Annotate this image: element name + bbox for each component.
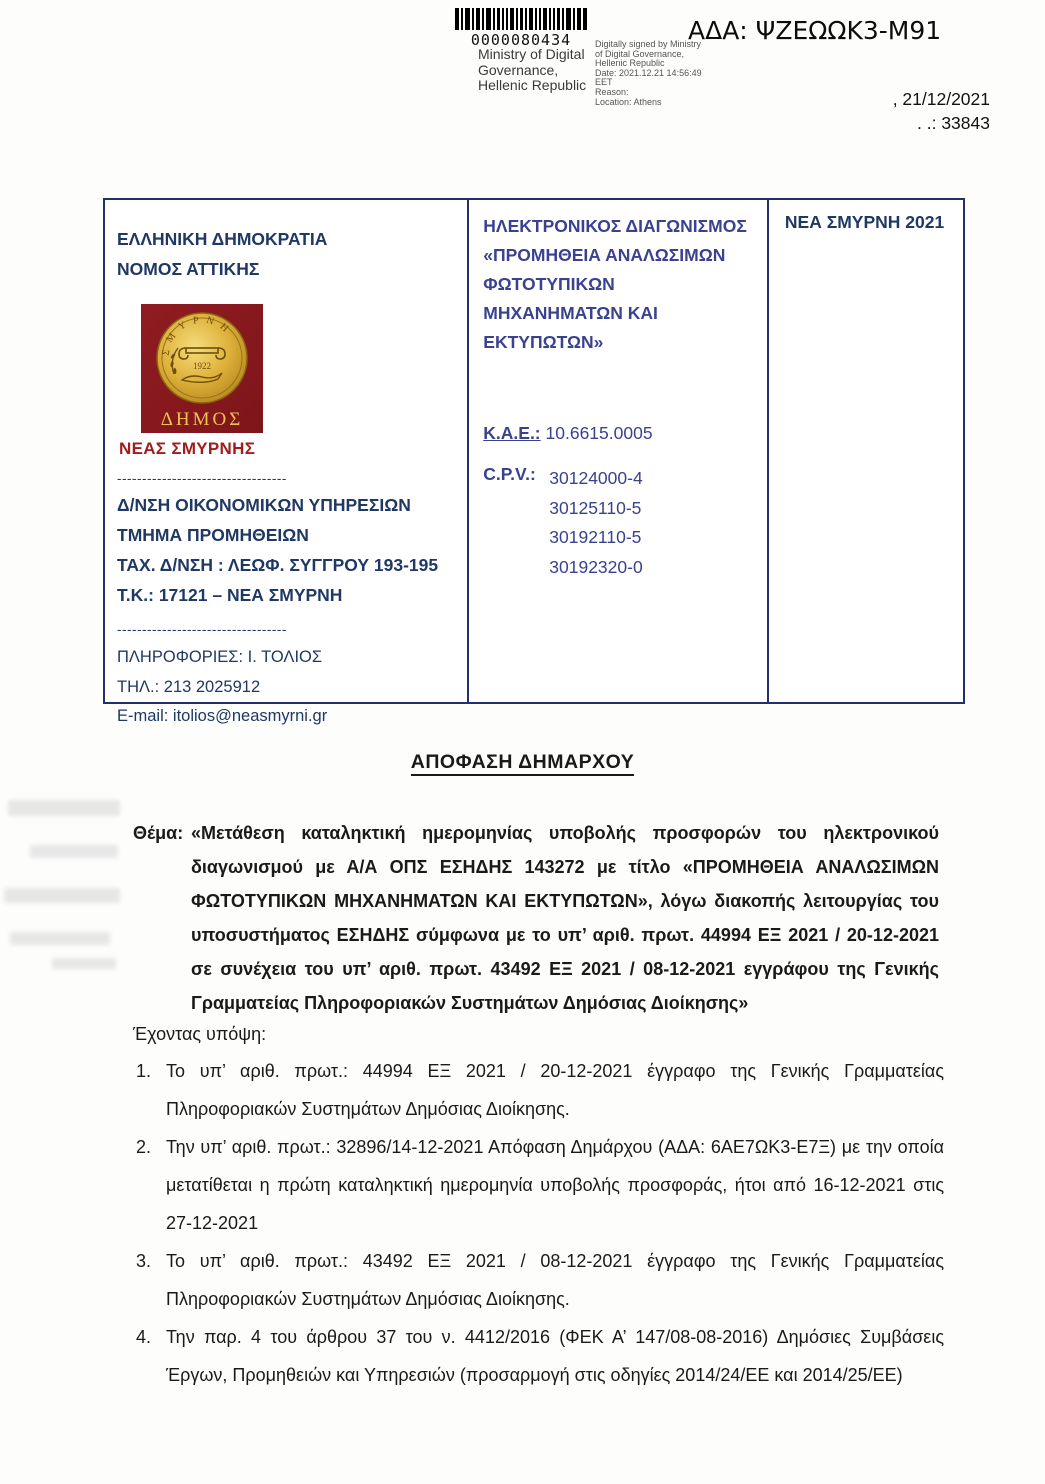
cpv-row: C.P.V.: 30124000-4 30125110-5 30192110-5… <box>483 464 753 582</box>
date-protocol-block: , 21/12/2021 . .: 33843 <box>893 87 990 135</box>
tender-column: ΗΛΕΚΤΡΟΝΙΚΟΣ ΔΙΑΓΩΝΙΣΜΟΣ «ΠΡΟΜΗΘΕΙΑ ΑΝΑΛ… <box>467 200 767 702</box>
list-item-number: 1. <box>136 1052 166 1128</box>
contact-phone: ΤΗΛ.: 213 2025912 <box>117 673 457 703</box>
header-info-table: ΕΛΛΗΝΙΚΗ ΔΗΜΟΚΡΑΤΙΑ ΝΟΜΟΣ ΑΤΤΙΚΗΣ <box>103 198 965 704</box>
list-item: 4. Την παρ. 4 του άρθρου 37 του ν. 4412/… <box>136 1318 944 1394</box>
tender-title-line: ΕΚΤΥΠΩΤΩΝ» <box>483 328 753 357</box>
kae-label: Κ.Α.Ε.: <box>483 423 540 443</box>
kae-value: 10.6615.0005 <box>546 423 653 443</box>
tender-title-line: ΦΩΤΟΤΥΠΙΚΩΝ <box>483 270 753 299</box>
list-item-text: Το υπ’ αριθ. πρωτ.: 43492 ΕΞ 2021 / 08-1… <box>166 1242 944 1318</box>
signature-line: Date: 2021.12.21 14:56:49 <box>595 69 775 79</box>
subject-label: Θέμα: <box>133 816 183 850</box>
signature-line: Location: Athens <box>595 98 775 108</box>
dashed-divider: ---------------------------------- <box>117 471 457 486</box>
tender-title-line: «ΠΡΟΜΗΘΕΙΑ ΑΝΑΛΩΣΙΜΩΝ <box>483 241 753 270</box>
dashed-divider: ---------------------------------- <box>117 622 457 637</box>
cpv-value: 30125110-5 <box>549 494 642 524</box>
list-item-number: 4. <box>136 1318 166 1394</box>
contact-email: E-mail: itolios@neasmyrni.gr <box>117 702 457 732</box>
barcode-block: 0000080434 <box>455 8 587 49</box>
place-year-column: ΝΕΑ ΣΜΥΡΝΗ 2021 <box>767 200 963 702</box>
subject-text: «Μετάθεση καταληκτική ημερομηνίας υποβολ… <box>133 816 939 1020</box>
ada-code: ΑΔΑ: ΨΖΕΩΩΚ3-Μ91 <box>688 16 941 45</box>
digital-signature-block: Digitally signed by Ministry of Digital … <box>595 40 775 107</box>
list-item: 1. Το υπ’ αριθ. πρωτ.: 44994 ΕΞ 2021 / 2… <box>136 1052 944 1128</box>
document-date: , 21/12/2021 <box>893 87 990 111</box>
authority-column: ΕΛΛΗΝΙΚΗ ΔΗΜΟΚΡΑΤΙΑ ΝΟΜΟΣ ΑΤΤΙΚΗΣ <box>105 200 467 702</box>
subject-block: Θέμα: «Μετάθεση καταληκτική ημερομηνίας … <box>133 816 939 1020</box>
cpv-value: 30192110-5 <box>549 523 642 553</box>
seal-year: 1922 <box>193 361 211 371</box>
authority-line: ΕΛΛΗΝΙΚΗ ΔΗΜΟΚΡΑΤΙΑ <box>117 224 457 254</box>
reference-list: 1. Το υπ’ αριθ. πρωτ.: 44994 ΕΞ 2021 / 2… <box>136 1052 944 1394</box>
kae-row: Κ.Α.Ε.: 10.6615.0005 <box>483 423 753 444</box>
list-item-text: Το υπ’ αριθ. πρωτ.: 44994 ΕΞ 2021 / 20-1… <box>166 1052 944 1128</box>
list-item: 3. Το υπ’ αριθ. πρωτ.: 43492 ΕΞ 2021 / 0… <box>136 1242 944 1318</box>
list-item: 2. Την υπ’ αριθ. πρωτ.: 32896/14-12-2021… <box>136 1128 944 1242</box>
list-item-text: Την παρ. 4 του άρθρου 37 του ν. 4412/201… <box>166 1318 944 1394</box>
cpv-value: 30192320-0 <box>549 553 642 583</box>
barcode-issuer-line: Ministry of Digital <box>478 47 586 63</box>
cpv-value: 30124000-4 <box>549 464 642 494</box>
bleed-through-artifact <box>10 932 110 945</box>
municipality-name: ΝΕΑΣ ΣΜΥΡΝΗΣ <box>119 439 457 459</box>
bleed-through-artifact <box>4 888 120 903</box>
barcode-issuer-line: Governance, <box>478 63 586 79</box>
protocol-number: . .: 33843 <box>893 111 990 135</box>
bleed-through-artifact <box>52 958 116 969</box>
seal-caption: ΔΗΜΟΣ <box>141 409 263 431</box>
department-line: Τ.Κ.: 17121 – ΝΕΑ ΣΜΥΡΝΗ <box>117 580 457 610</box>
department-line: ΤΜΗΜΑ ΠΡΟΜΗΘΕΙΩΝ <box>117 520 457 550</box>
list-item-number: 3. <box>136 1242 166 1318</box>
bleed-through-artifact <box>8 800 120 816</box>
municipality-seal: ΣΜΥΡΝΗ 1922 ΔΗΜΟΣ <box>141 304 263 433</box>
department-line: Δ/ΝΣΗ ΟΙΚΟΝΟΜΙΚΩΝ ΥΠΗΡΕΣΙΩΝ <box>117 490 457 520</box>
cpv-label: C.P.V.: <box>483 464 549 582</box>
department-line: ΤΑΧ. Δ/ΝΣΗ : ΛΕΩΦ. ΣΥΓΓΡΟΥ 193-195 <box>117 550 457 580</box>
coin-seal-icon: ΣΜΥΡΝΗ 1922 <box>156 312 248 404</box>
barcode-icon <box>455 8 587 30</box>
tender-title-line: ΜΗΧΑΝΗΜΑΤΩΝ ΚΑΙ <box>483 299 753 328</box>
barcode-issuer-line: Hellenic Republic <box>478 78 586 94</box>
document-page: 0000080434 Ministry of Digital Governanc… <box>0 0 1045 1484</box>
bleed-through-artifact <box>30 845 118 858</box>
authority-line: ΝΟΜΟΣ ΑΤΤΙΚΗΣ <box>117 254 457 284</box>
preamble: Έχοντας υπόψη: <box>133 1024 266 1045</box>
decision-title-wrap: ΑΠΟΦΑΣΗ ΔΗΜΑΡΧΟΥ <box>0 751 1045 774</box>
decision-title: ΑΠΟΦΑΣΗ ΔΗΜΑΡΧΟΥ <box>411 751 634 776</box>
tender-title-line: ΗΛΕΚΤΡΟΝΙΚΟΣ ΔΙΑΓΩΝΙΣΜΟΣ <box>483 212 753 241</box>
barcode-issuer: Ministry of Digital Governance, Hellenic… <box>478 47 586 94</box>
list-item-number: 2. <box>136 1128 166 1242</box>
contact-person: ΠΛΗΡΟΦΟΡΙΕΣ: Ι. ΤΟΛΙΟΣ <box>117 643 457 673</box>
place-year: ΝΕΑ ΣΜΥΡΝΗ 2021 <box>785 212 963 233</box>
list-item-text: Την υπ’ αριθ. πρωτ.: 32896/14-12-2021 Απ… <box>166 1128 944 1242</box>
